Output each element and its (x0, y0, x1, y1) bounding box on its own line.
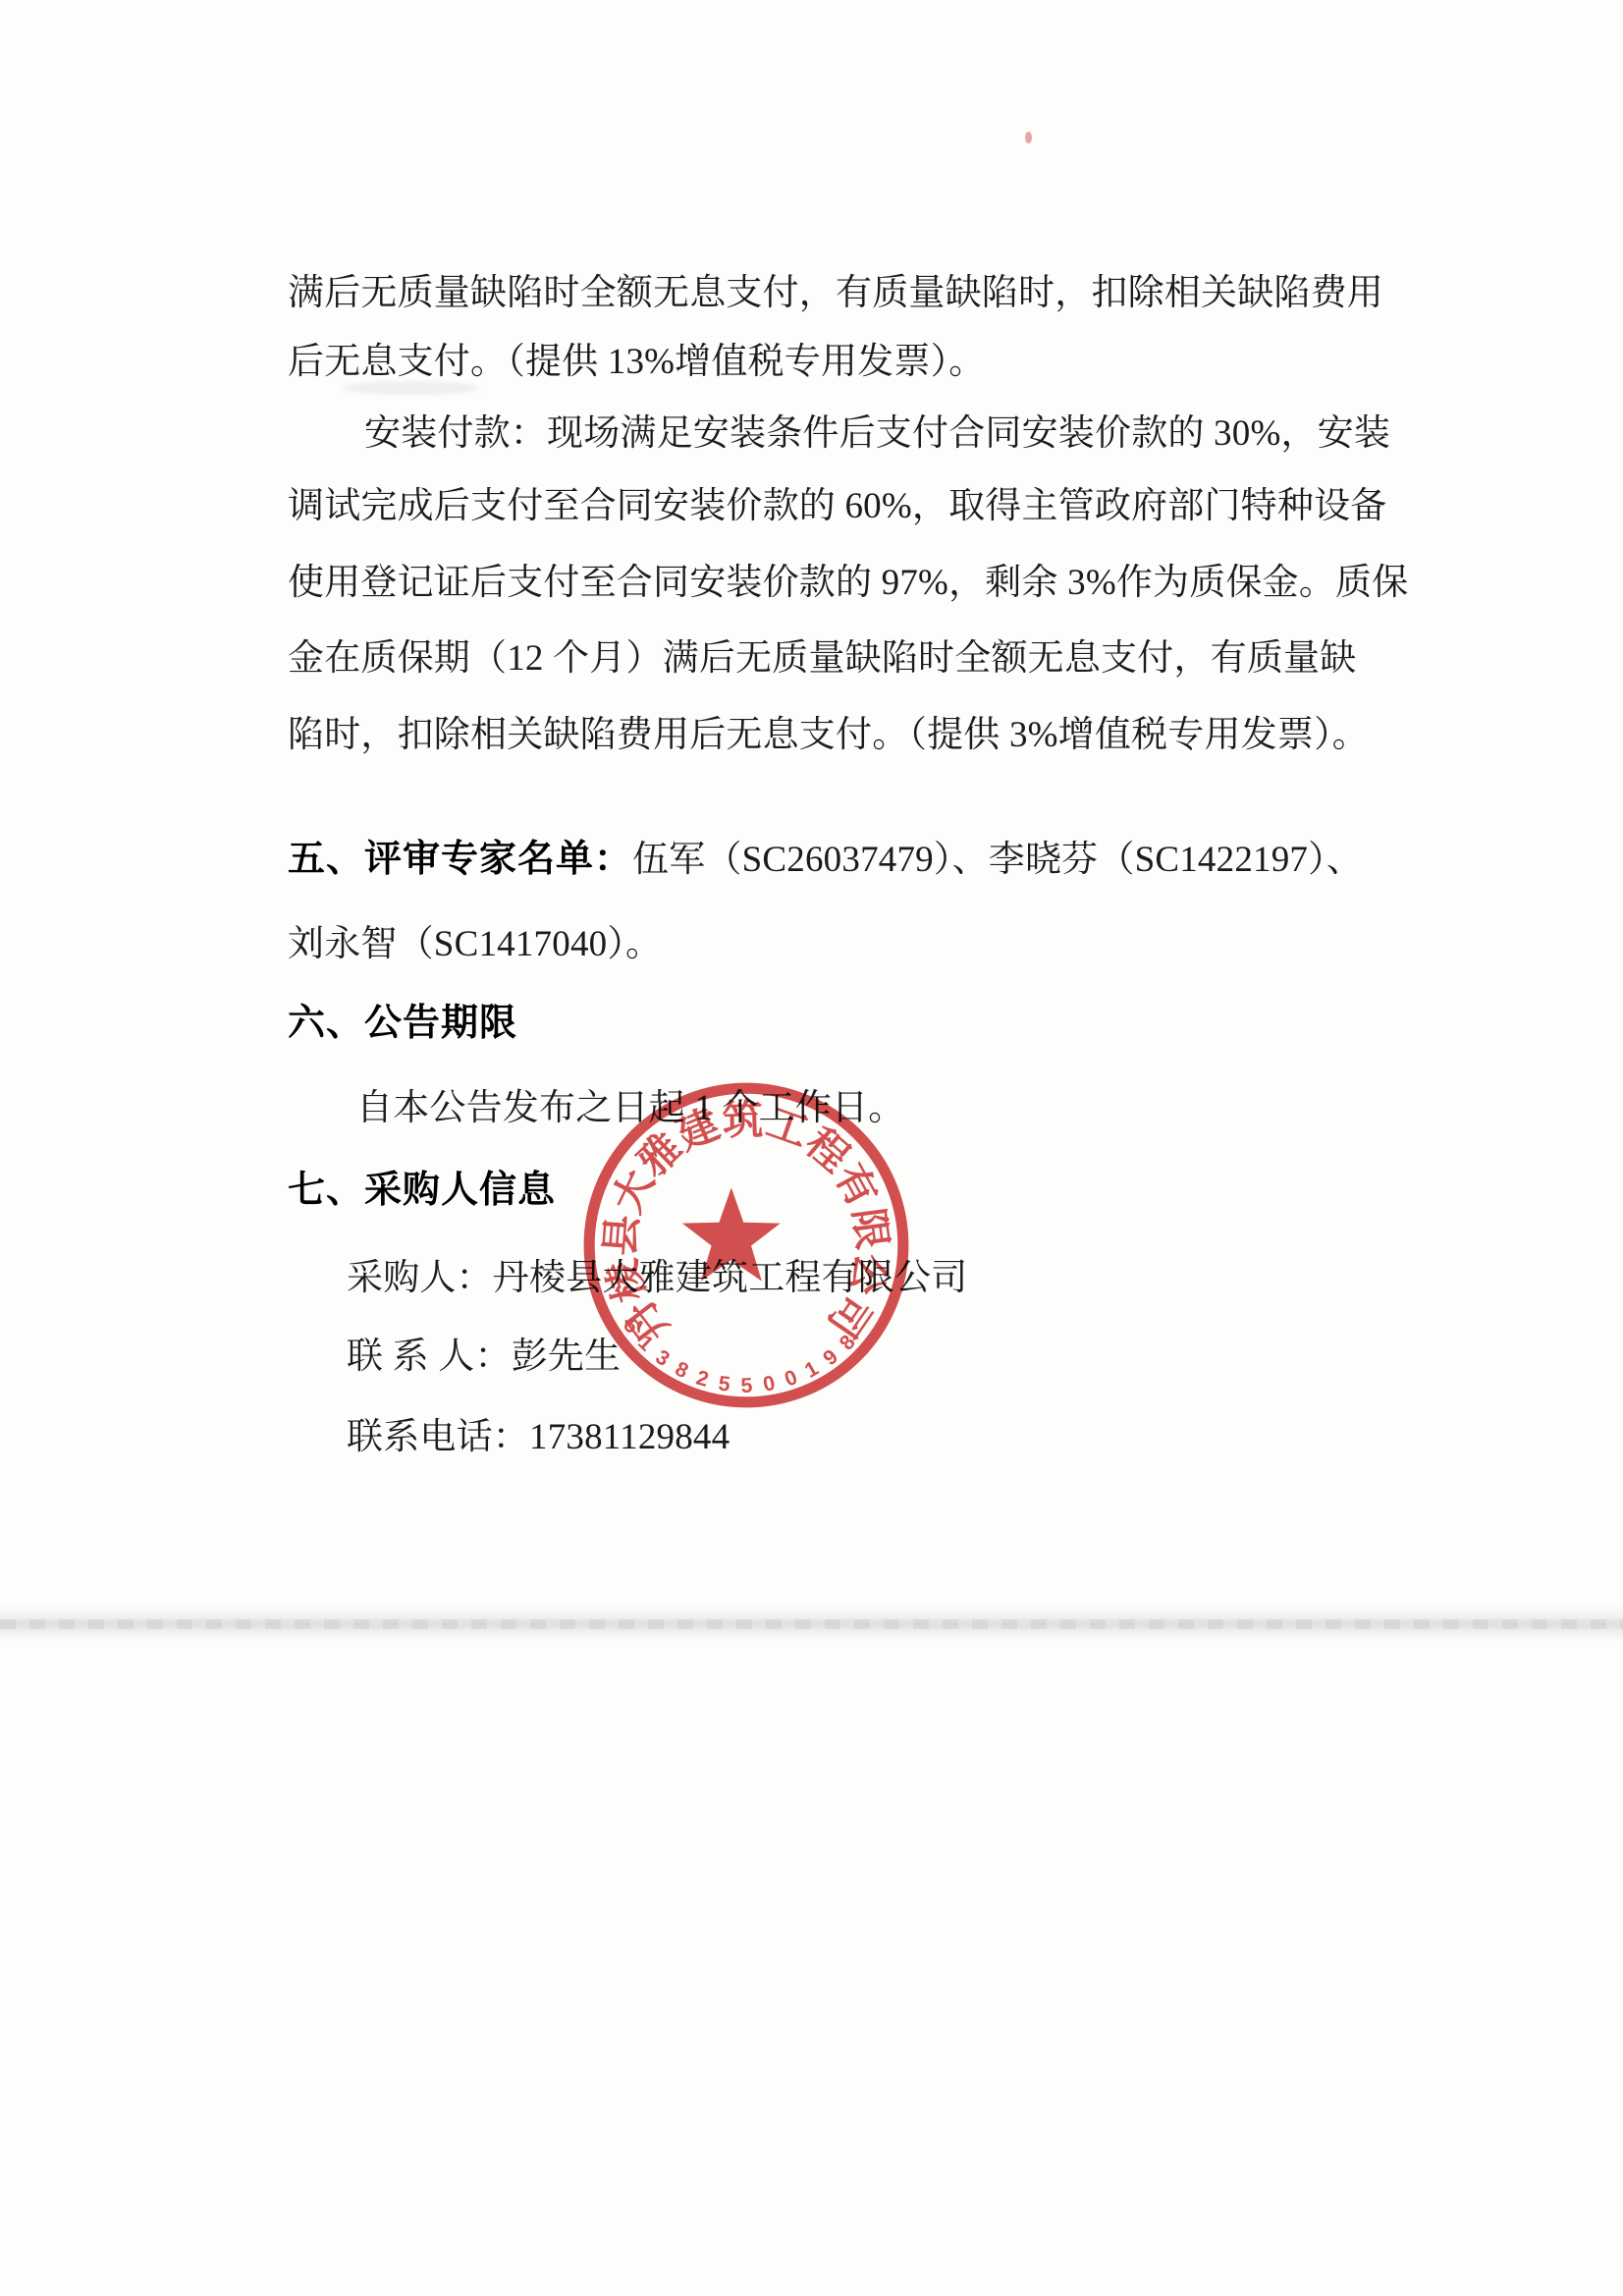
scan-artifact-band-core (0, 1619, 1623, 1629)
seal-star-icon (682, 1187, 781, 1281)
section-heading-experts: 五、评审专家名单： (288, 839, 632, 880)
scan-artifact-band (0, 1604, 1623, 1643)
doc-line-install-1: 安装付款：现场满足安装条件后支付合同安装价款的 30%，安装 (288, 411, 1459, 457)
doc-line-install-5: 陷时，扣除相关缺陷费用后无息支付。（提供 3%增值税专用发票）。 (288, 713, 1382, 758)
doc-line-install-2: 调试完成后支付至合同安装价款的 60%，取得主管政府部门特种设备 (288, 484, 1382, 529)
doc-line-experts: 五、评审专家名单：伍军（SC26037479）、李晓芬（SC1422197）、 (288, 837, 1382, 883)
scan-speck (1025, 132, 1032, 143)
doc-line-phone: 联系电话：17381129844 (288, 1415, 1441, 1460)
company-seal-svg: 丹棱县大雅建筑工程有限公司 5138255001980 (577, 1076, 915, 1414)
doc-line-experts-2: 刘永智（SC1417040）。 (288, 922, 1382, 967)
section-heading-period: 六、公告期限 (288, 1001, 1382, 1046)
doc-line-install-4: 金在质保期（12 个月）满后无质量缺陷时全额无息支付，有质量缺 (288, 636, 1382, 682)
document-page: 满后无质量缺陷时全额无息支付，有质量缺陷时，扣除相关缺陷费用 后无息支付。（提供… (0, 0, 1623, 2296)
company-seal: 丹棱县大雅建筑工程有限公司 5138255001980 (577, 1076, 915, 1414)
experts-names-1: 伍军（SC26037479）、李晓芬（SC1422197）、 (632, 840, 1363, 880)
doc-line-warranty-1: 满后无质量缺陷时全额无息支付，有质量缺陷时，扣除相关缺陷费用 (288, 271, 1382, 316)
doc-line-install-3: 使用登记证后支付至合同安装价款的 97%，剩余 3%作为质保金。质保 (288, 561, 1382, 606)
doc-line-warranty-2: 后无息支付。（提供 13%增值税专用发票）。 (288, 340, 1382, 385)
